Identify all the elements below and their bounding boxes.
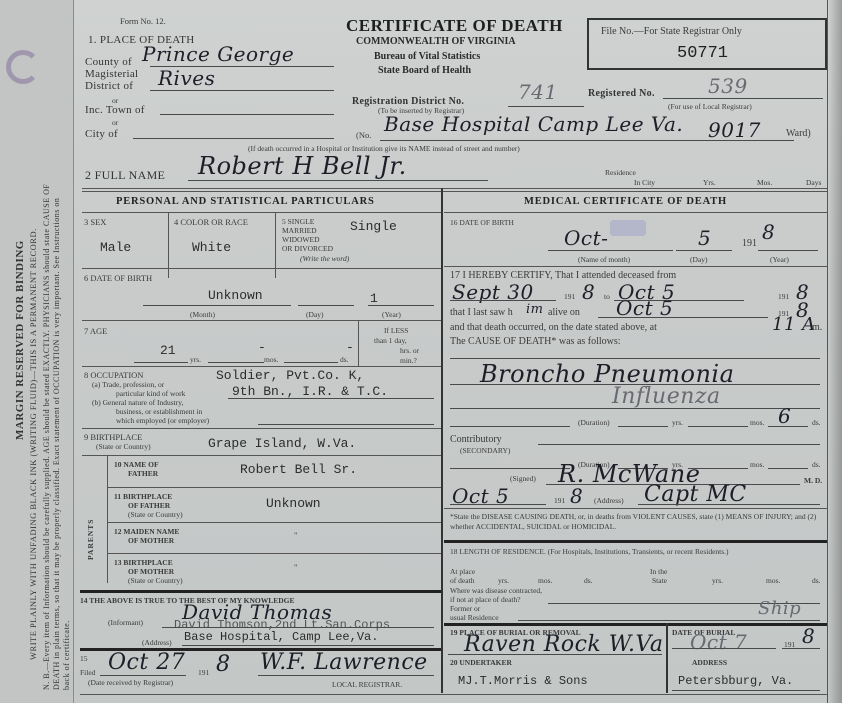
signed-year-prefix: 191	[554, 496, 565, 505]
dod-day-value[interactable]: 5	[698, 226, 711, 250]
registered-no-note: (For use of Local Registrar)	[668, 102, 752, 111]
at-place-label-2: of death	[450, 576, 474, 585]
blue-ink-stamp	[610, 220, 646, 236]
registrar-caption: LOCAL REGISTRAR.	[332, 680, 402, 689]
state-mos-caption: mos.	[766, 576, 780, 585]
residence-mos: Mos.	[757, 178, 772, 187]
form-number: Form No. 12.	[120, 16, 166, 26]
state-yrs-caption: yrs.	[712, 576, 723, 585]
registration-district-value[interactable]: 741	[518, 80, 558, 104]
certificate-title: CERTIFICATE OF DEATH	[346, 16, 563, 36]
marital-label-divorced: OR DIVORCED	[282, 244, 333, 253]
dod-year-caption: (Year)	[770, 255, 789, 264]
occupation-label: 8 OCCUPATION	[84, 370, 143, 380]
mother-name-label-2: OF MOTHER	[128, 536, 174, 545]
age-mos-caption: mos.	[264, 355, 278, 364]
dod-year-value[interactable]: 8	[762, 220, 775, 244]
file-number: 50771	[677, 44, 728, 63]
town-label: Inc. Town of	[85, 104, 145, 116]
duration2-mos-caption: mos.	[750, 460, 764, 469]
informant-address-value[interactable]: Base Hospital, Camp Lee,Va.	[184, 630, 378, 644]
state-ds-caption: ds.	[812, 576, 821, 585]
at-place-label: At place	[450, 567, 475, 576]
hospital-no-label: (No.	[356, 130, 371, 140]
informant-address-label: (Address)	[142, 638, 172, 647]
birthplace-value[interactable]: Grape Island, W.Va.	[208, 436, 356, 451]
informant-label: (Informant)	[108, 618, 143, 627]
age-label: 7 AGE	[84, 326, 107, 336]
magisterial-label: Magisterial	[85, 68, 138, 80]
filed-caption: (Date received by Registrar)	[88, 678, 173, 687]
full-name-value[interactable]: Robert H Bell Jr.	[198, 152, 407, 180]
county-value[interactable]: Prince George	[142, 42, 294, 66]
burial-date-value[interactable]: Oct 7	[690, 630, 747, 654]
margin-note-line-2: DEATH in plain terms, so that it may be …	[52, 198, 61, 690]
sex-label: 3 SEX	[84, 217, 106, 227]
or-label: or	[112, 118, 118, 127]
age-yrs-caption: yrs.	[190, 355, 201, 364]
dod-day-caption: (Day)	[690, 255, 708, 264]
file-box-label: File No.—For State Registrar Only	[601, 26, 742, 37]
father-name-label: 10 NAME OF	[114, 460, 159, 469]
filed-label: Filed	[80, 668, 95, 677]
filed-year-value[interactable]: 8	[216, 652, 231, 677]
mother-birthplace-label-3: (State or Country)	[128, 576, 183, 585]
attended-from-year-prefix: 191	[564, 292, 575, 301]
undertaker-value[interactable]: MJ.T.Morris & Sons	[458, 674, 588, 688]
death-certificate-form: Form No. 12. CERTIFICATE OF DEATH COMMON…	[78, 0, 842, 703]
residence-days: Days	[806, 178, 821, 187]
bureau-label: Bureau of Vital Statistics	[374, 51, 480, 62]
last-saw-label-2: alive on	[548, 307, 580, 318]
filed-date-value[interactable]: Oct 27	[108, 650, 185, 675]
father-name-value[interactable]: Robert Bell Sr.	[240, 462, 357, 477]
medical-certificate-heading: MEDICAL CERTIFICATE OF DEATH	[524, 196, 727, 207]
where-contracted-label: Where was disease contracted,	[450, 586, 542, 595]
occupation-b-label-2: business, or establishment in	[116, 407, 202, 416]
hospital-name-value[interactable]: Base Hospital Camp Lee Va.	[384, 112, 683, 136]
cause-footnote: *State the DISEASE CAUSING DEATH, or, in…	[450, 512, 826, 532]
signed-label: (Signed)	[510, 474, 536, 483]
former-residence-label-2: usual Residence	[450, 613, 499, 622]
undertaker-label: 20 UNDERTAKER	[450, 658, 512, 667]
ward-label: Ward)	[786, 128, 811, 139]
filed-year-prefix: 191	[198, 668, 209, 677]
less-hrs-label: hrs. or	[400, 346, 419, 355]
registered-no-value[interactable]: 539	[708, 74, 748, 98]
ink-stamp-mark	[6, 50, 40, 84]
age-ds-caption: ds.	[340, 355, 349, 364]
mother-name-label: 12 MAIDEN NAME	[114, 527, 179, 536]
occupation-b-label-3: which employed (or employer)	[116, 416, 209, 425]
residence-yrs: Yrs.	[703, 178, 716, 187]
dob-label: 6 DATE OF BIRTH	[84, 273, 152, 283]
secondary-label: (SECONDARY)	[460, 446, 510, 455]
occupation-a-label: (a) Trade, profession, or	[92, 380, 164, 389]
burial-year-value[interactable]: 8	[802, 624, 815, 648]
marital-label-single: 5 SINGLE	[282, 217, 314, 226]
dod-label: 16 DATE OF BIRTH	[450, 218, 514, 227]
father-birthplace-label: 11 BIRTHPLACE	[114, 492, 172, 501]
dod-year-prefix: 191	[742, 238, 757, 249]
mother-birthplace-label-2: OF MOTHER	[128, 567, 174, 576]
sex-value[interactable]: Male	[100, 240, 131, 255]
where-contracted-label-2: if not at place of death?	[450, 595, 521, 604]
duration2-ds-caption: ds.	[812, 460, 821, 469]
commonwealth-label: COMMONWEALTH OF VIRGINIA	[356, 36, 516, 47]
binding-margin: MARGIN RESERVED FOR BINDING WRITE PLAINL…	[0, 0, 74, 703]
margin-note-line-3: back of certificate.	[62, 620, 71, 690]
signed-year-value[interactable]: 8	[570, 484, 583, 508]
in-the-label: In the	[650, 567, 667, 576]
last-saw-label: that I last saw h	[450, 307, 513, 318]
full-name-label: 2 FULL NAME	[85, 168, 165, 183]
father-name-label-2: FATHER	[128, 469, 158, 478]
former-residence-label: Former or	[450, 604, 480, 613]
occupation-value-2[interactable]: 9th Bn., I.R. & T.C.	[232, 384, 388, 399]
mother-birthplace-value[interactable]: "	[294, 562, 297, 572]
race-value[interactable]: White	[192, 240, 231, 255]
age-years-value[interactable]: 21	[160, 343, 176, 358]
birthplace-label: 9 BIRTHPLACE	[84, 432, 142, 442]
age-months-value[interactable]: -	[258, 340, 266, 355]
cause-secondary-value[interactable]: Influenza	[612, 384, 721, 409]
father-birthplace-value[interactable]: Unknown	[266, 496, 321, 511]
less-than-day-label: If LESS	[384, 326, 408, 335]
attended-to-year-prefix: 191	[778, 292, 789, 301]
occupation-b-label: (b) General nature of Industry,	[92, 398, 183, 407]
board-label: State Board of Health	[378, 65, 471, 76]
place-ds-caption: ds.	[584, 576, 593, 585]
death-time-suffix: m.	[812, 322, 822, 333]
district-value[interactable]: Rives	[158, 66, 215, 90]
parents-label: PARENTS	[86, 519, 95, 560]
death-time-value[interactable]: 11 A	[772, 314, 816, 335]
less-min-label: min.?	[400, 356, 417, 365]
duration-ds-caption: ds.	[812, 418, 821, 427]
attended-from-year[interactable]: 8	[582, 280, 595, 304]
age-days-value[interactable]: -	[346, 340, 354, 355]
marital-status-value[interactable]: Single	[350, 219, 397, 234]
less-than-day-label-2: than 1 day,	[374, 336, 407, 345]
duration-yrs-caption: yrs.	[672, 418, 683, 427]
county-label: County of	[85, 56, 132, 68]
marital-note: (Write the word)	[300, 254, 349, 263]
ward-value[interactable]: 9017	[708, 118, 761, 142]
dob-year-prefix: 1	[370, 291, 378, 306]
race-label: 4 COLOR OR RACE	[174, 217, 248, 227]
margin-ink-instruction: WRITE PLAINLY WITH UNFADING BLACK INK (W…	[28, 228, 38, 660]
residence-length-heading: 18 LENGTH OF RESIDENCE. (For Hospitals, …	[450, 547, 826, 557]
father-birthplace-label-3: (State or Country)	[128, 510, 183, 519]
city-label: City of	[85, 128, 118, 140]
marital-label-married: MARRIED	[282, 226, 317, 235]
state-label: State	[652, 576, 667, 585]
dob-month-value[interactable]: Unknown	[208, 288, 263, 303]
registrar-signature[interactable]: W.F. Lawrence	[260, 650, 428, 675]
personal-particulars-heading: PERSONAL AND STATISTICAL PARTICULARS	[116, 196, 375, 207]
father-birthplace-label-2: OF FATHER	[128, 501, 170, 510]
dod-month-caption: (Name of month)	[578, 255, 630, 264]
file-number-box: File No.—For State Registrar Only 50771	[587, 18, 827, 70]
residence-label: Residence	[605, 168, 636, 177]
last-saw-pronoun[interactable]: im	[526, 302, 544, 317]
duration-mos-caption: mos.	[750, 418, 764, 427]
page-edge-shadow	[828, 0, 842, 703]
md-label: M. D.	[804, 476, 822, 485]
dob-day-caption: (Day)	[306, 310, 324, 319]
registered-no-label: Registered No.	[588, 88, 655, 99]
margin-note-line-1: N. B.—Every item of Information should b…	[42, 184, 51, 690]
place-mos-caption: mos.	[538, 576, 552, 585]
place-yrs-caption: yrs.	[498, 576, 509, 585]
death-time-label: and that death occurred, on the date sta…	[450, 322, 657, 333]
residence-in-city: In City	[634, 178, 655, 187]
duration-label: (Duration)	[578, 418, 610, 427]
undertaker-address-value[interactable]: Petersbburg, Va.	[678, 674, 793, 688]
mother-birthplace-label: 13 BIRTHPLACE	[114, 558, 173, 567]
birthplace-sub-label: (State or Country)	[96, 442, 151, 451]
mother-name-value[interactable]: "	[294, 530, 297, 540]
filed-number: 15	[80, 654, 88, 663]
margin-binding-text: MARGIN RESERVED FOR BINDING	[14, 240, 26, 440]
dob-year-caption: (Year)	[382, 310, 401, 319]
duration-days-value[interactable]: 6	[778, 404, 791, 428]
dod-month-value[interactable]: Oct-	[564, 226, 608, 250]
marital-label-widowed: WIDOWED	[282, 235, 320, 244]
former-residence-value[interactable]: Ship	[758, 598, 801, 619]
district-label: District of	[85, 80, 133, 92]
dob-month-caption: (Month)	[190, 310, 215, 319]
attended-to-label: to	[604, 292, 610, 301]
undertaker-address-label: ADDRESS	[692, 658, 727, 667]
cause-of-death-heading: The CAUSE OF DEATH* was as follows:	[450, 336, 621, 347]
contributory-label: Contributory	[450, 434, 502, 445]
occupation-value-1[interactable]: Soldier, Pvt.Co. K,	[216, 368, 364, 383]
occupation-a-label-2: particular kind of work	[116, 389, 185, 398]
physician-address-label: (Address)	[594, 496, 624, 505]
